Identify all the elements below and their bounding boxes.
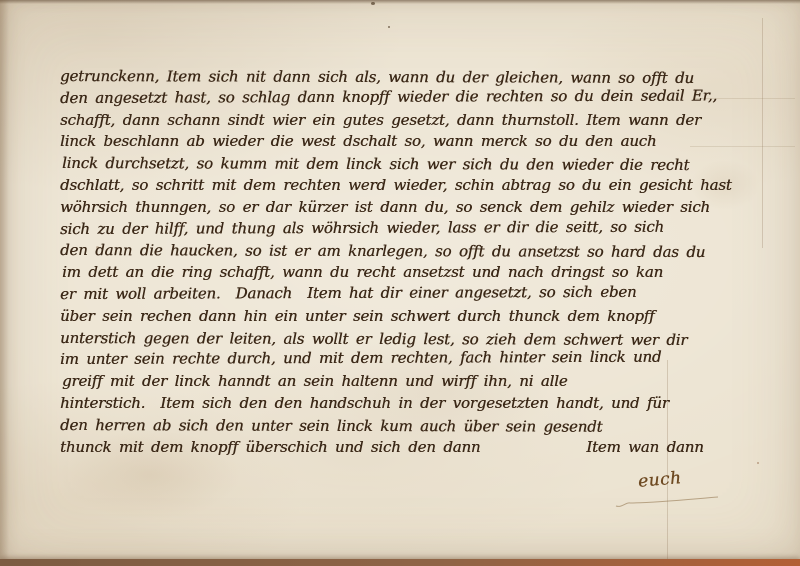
manuscript-line: wöhrsich thunngen, so er dar kürzer ist … (60, 197, 755, 219)
manuscript-line: greiff mit der linck hanndt an sein halt… (62, 371, 755, 393)
manuscript-line: den angesetzt hast, so schlag dann knopf… (60, 85, 755, 109)
manuscript-line: den herren ab sich den unter sein linck … (60, 415, 755, 439)
ink-speck (371, 2, 375, 5)
manuscript-line: er mit woll arbeiten. Danach Item hat di… (60, 281, 755, 305)
catchword: euch (612, 470, 732, 510)
manuscript-page: getrunckenn, Item sich nit dann sich als… (0, 0, 800, 566)
page-left-edge (0, 0, 9, 566)
manuscript-line: schafft, dann schann sindt wier ein gute… (60, 110, 755, 132)
manuscript-line: im dett an die ring schafft, wann du rec… (62, 262, 755, 284)
catchword-text: euch (637, 468, 682, 492)
manuscript-line: über sein rechen dann hin ein unter sein… (60, 306, 755, 328)
page-bottom-edge (0, 559, 800, 566)
manuscript-line: linck beschlann ab wieder die west dscha… (60, 131, 755, 153)
manuscript-text-block: getrunckenn, Item sich nit dann sich als… (60, 66, 755, 458)
page-top-edge (0, 0, 800, 4)
manuscript-line: hinterstich. Item sich den den handschuh… (60, 393, 755, 415)
manuscript-line: sich zu der hilff, und thung als wöhrsic… (60, 216, 755, 240)
photograph-backdrop: getrunckenn, Item sich nit dann sich als… (0, 0, 800, 566)
catchword-flourish-icon (612, 490, 722, 512)
manuscript-line: den dann die haucken, so ist er am knarl… (60, 240, 755, 264)
ink-speck (388, 26, 390, 28)
ink-speck (757, 462, 759, 464)
fold-crease-upper (762, 18, 763, 248)
manuscript-line: dschlatt, so schritt mit dem rechten wer… (60, 175, 755, 197)
manuscript-line: thunck mit dem knopff überschich und sic… (60, 437, 755, 459)
manuscript-line: im unter sein rechte durch, und mit dem … (60, 347, 755, 371)
manuscript-line: linck durchsetzt, so kumm mit dem linck … (62, 153, 755, 177)
